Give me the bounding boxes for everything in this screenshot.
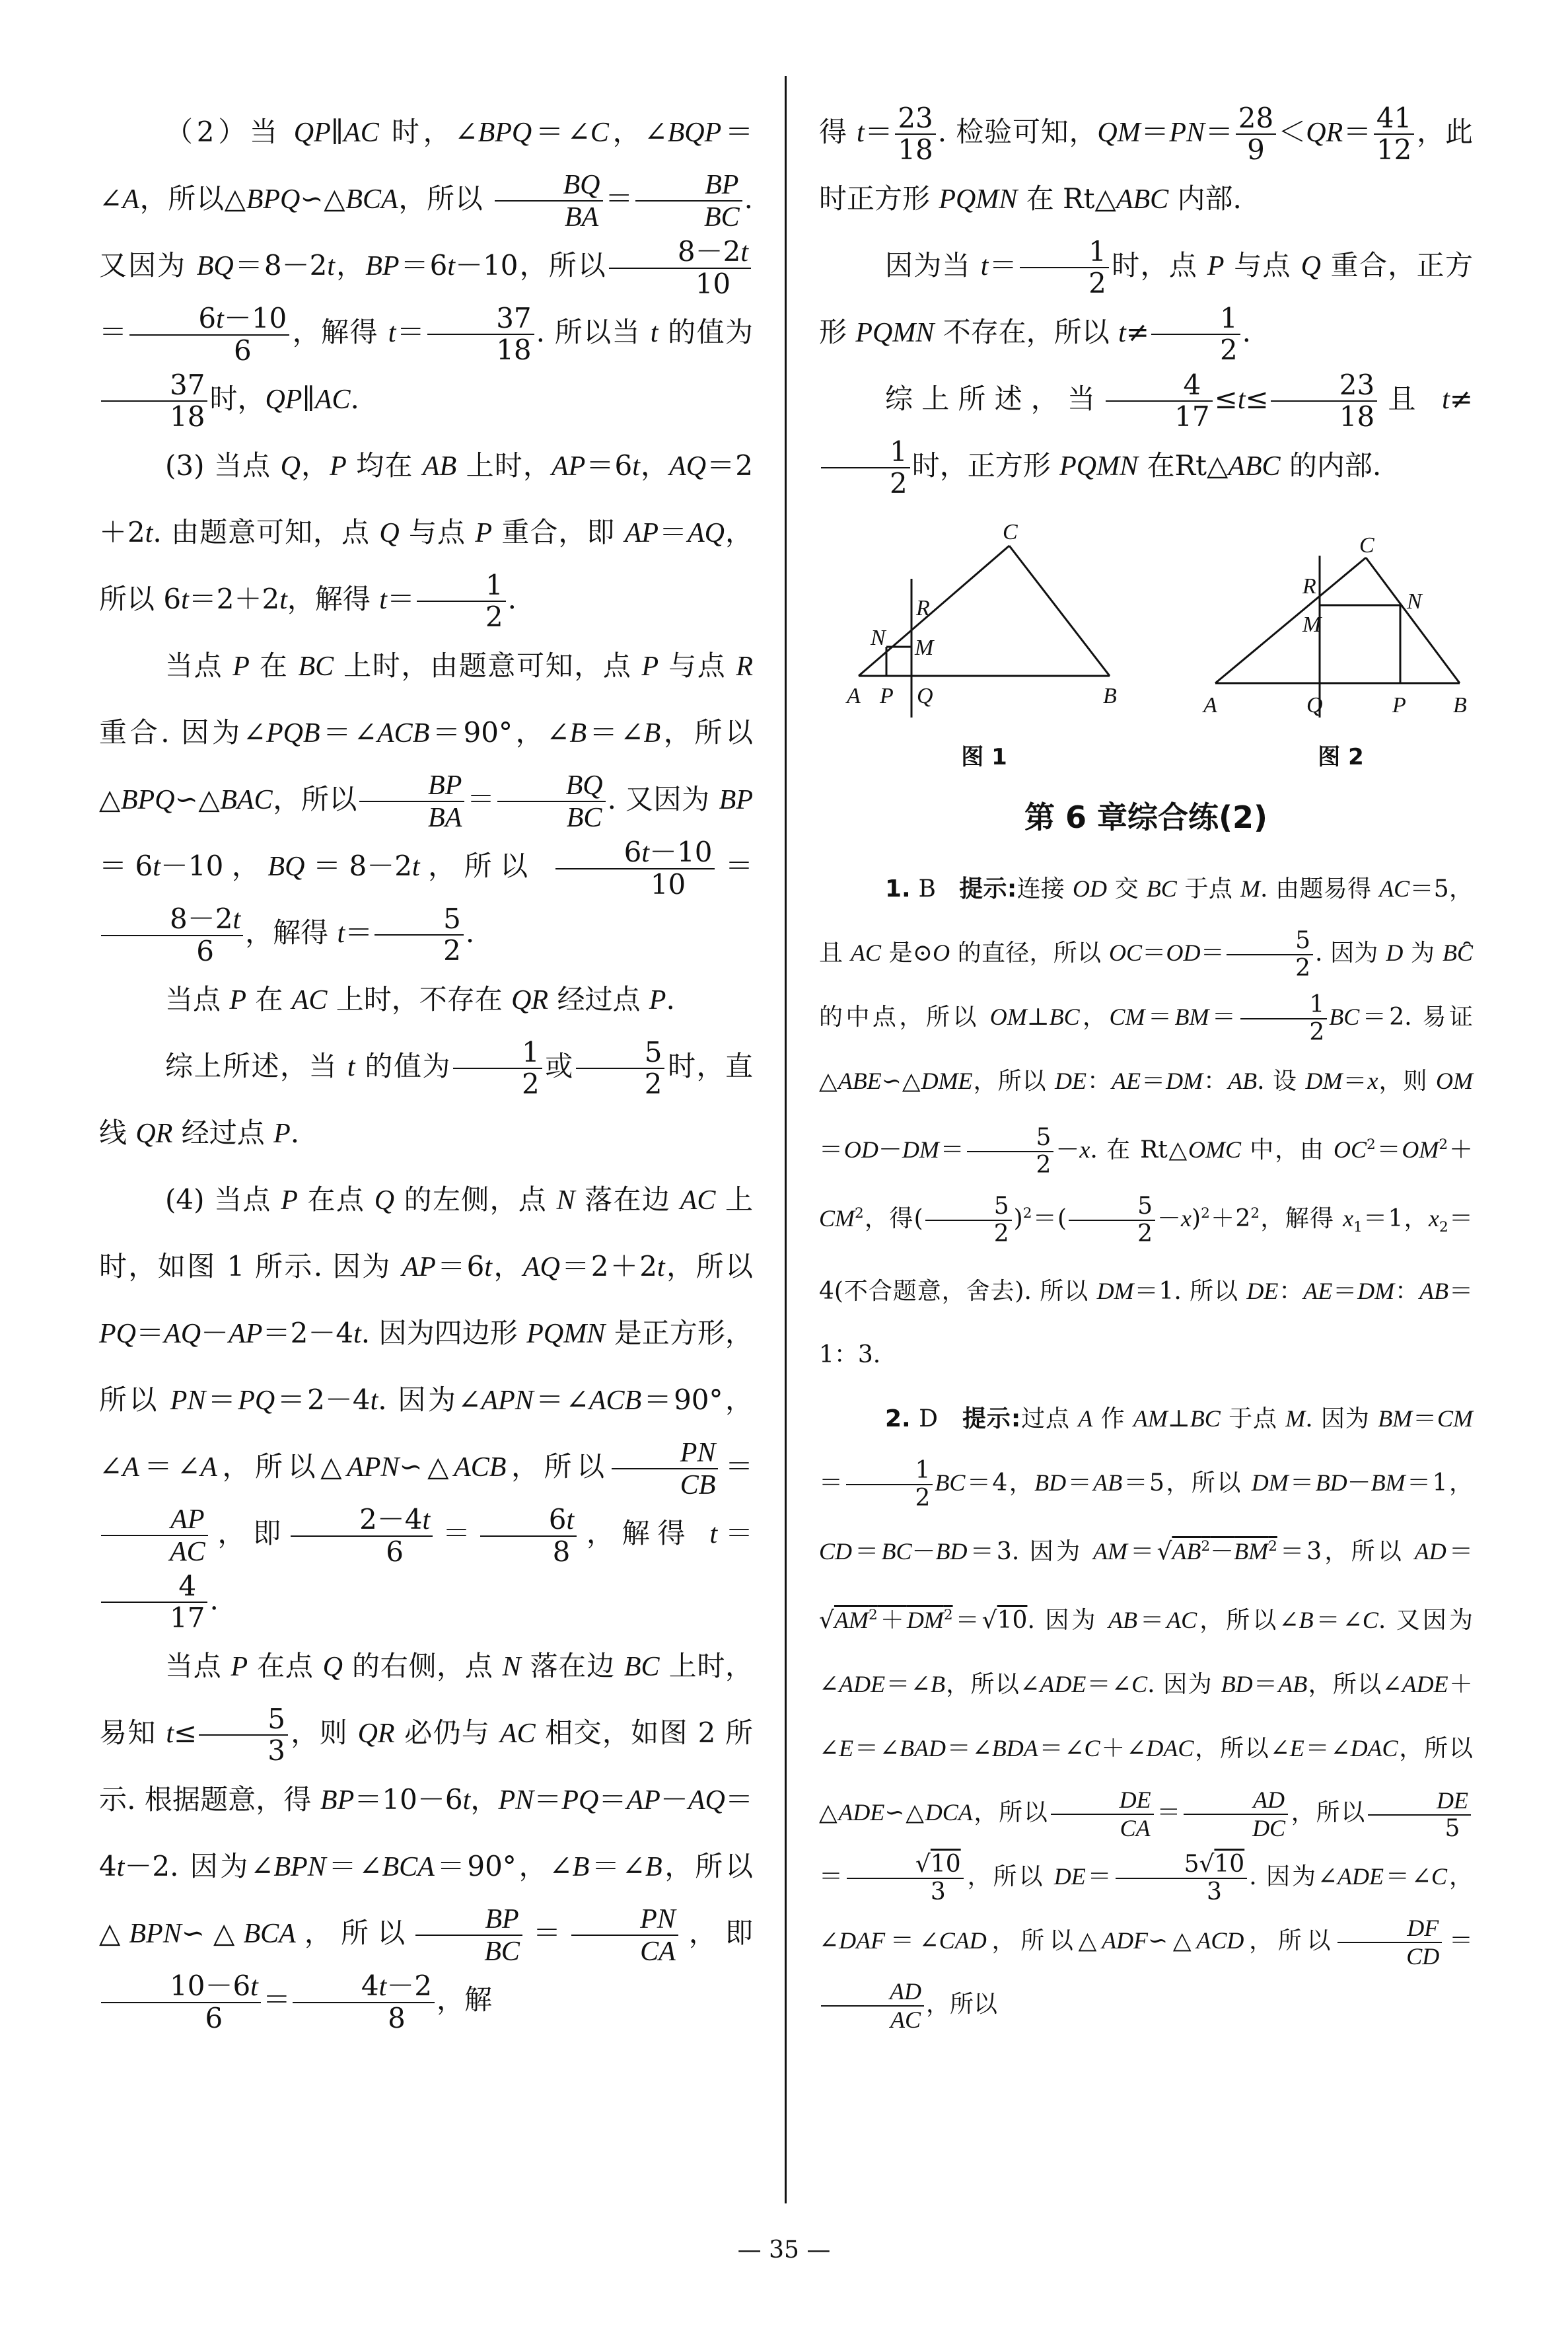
part-3-summary: 综上所述，当 t 的值为12或52时，直线 QR 经过点 P. [99, 1033, 753, 1167]
svg-text:P: P [879, 684, 894, 708]
section-title: 第 6 章综合练(2) [819, 784, 1473, 850]
svg-text:B: B [1103, 684, 1117, 708]
left-column: （2）当 QP∥AC 时，∠BPQ＝∠C，∠BQP＝∠A，所以△BPQ∽△BCA… [99, 99, 753, 2034]
figure-2-caption: 图 2 [1189, 739, 1493, 771]
svg-text:B: B [1453, 693, 1467, 718]
part-4-result: 得 t＝2318. 检验可知，QM＝PN＝289＜QR＝4112，此时正方形 P… [819, 99, 1473, 233]
part-4-exclusion: 因为当 t＝12时，点 P 与点 Q 重合，正方形 PQMN 不存在，所以 t≠… [819, 233, 1473, 366]
figures: APQ BCR NM 图 1 AQP BCR [832, 506, 1493, 771]
right-column: 得 t＝2318. 检验可知，QM＝PN＝289＜QR＝4112，此时正方形 P… [819, 99, 1473, 2036]
svg-text:A: A [845, 684, 861, 708]
part-4-case-right: 当点 P 在点 Q 的右侧，点 N 落在边 BC 上时，易知 t≤53，则 QR… [99, 1633, 753, 2034]
svg-text:C: C [1359, 533, 1374, 558]
figure-1: APQ BCR NM 图 1 [832, 506, 1136, 771]
part-3-case-ac: 当点 P 在 AC 上时，不存在 QR 经过点 P. [99, 967, 753, 1033]
answer-2: 2. D 提示:过点 A 作 AM⊥BC 于点 M. 因为 BM＝CM＝12BC… [819, 1387, 1473, 2036]
figure-2: AQP BCR MN 图 2 [1189, 506, 1493, 771]
answer-1: 1. B 提示:连接 OD 交 BC 于点 M. 由题易得 AC＝5，且 AC … [819, 857, 1473, 1387]
svg-text:R: R [915, 596, 930, 620]
part-4-paragraph: (4) 当点 P 在点 Q 的左侧，点 N 落在边 AC 上时，如图 1 所示.… [99, 1167, 753, 1633]
svg-text:Q: Q [1306, 693, 1323, 718]
part-3-paragraph: (3) 当点 Q，P 均在 AB 上时，AP＝6t，AQ＝2＋2t. 由题意可知… [99, 433, 753, 633]
figure-1-caption: 图 1 [832, 739, 1136, 771]
svg-text:N: N [870, 626, 887, 650]
page-number: — 35 — [0, 2236, 1568, 2264]
part-2-paragraph: （2）当 QP∥AC 时，∠BPQ＝∠C，∠BQP＝∠A，所以△BPQ∽△BCA… [99, 99, 753, 433]
svg-text:C: C [1003, 520, 1018, 544]
part-3-case-bc: 当点 P 在 BC 上时，由题意可知，点 P 与点 R 重合. 因为∠PQB＝∠… [99, 633, 753, 967]
svg-text:R: R [1302, 574, 1316, 599]
svg-text:A: A [1202, 693, 1217, 718]
svg-text:M: M [914, 636, 935, 660]
part-4-summary: 综上所述，当417≤t≤2318且 t≠12时，正方形 PQMN 在Rt△ABC… [819, 366, 1473, 499]
svg-text:M: M [1302, 612, 1322, 637]
triangle-diagram-1: APQ BCR NM [832, 506, 1136, 724]
triangle-diagram-2: AQP BCR MN [1189, 506, 1493, 724]
svg-text:N: N [1406, 589, 1423, 614]
column-divider [785, 76, 787, 2203]
svg-text:Q: Q [917, 684, 933, 708]
svg-text:P: P [1392, 693, 1406, 718]
